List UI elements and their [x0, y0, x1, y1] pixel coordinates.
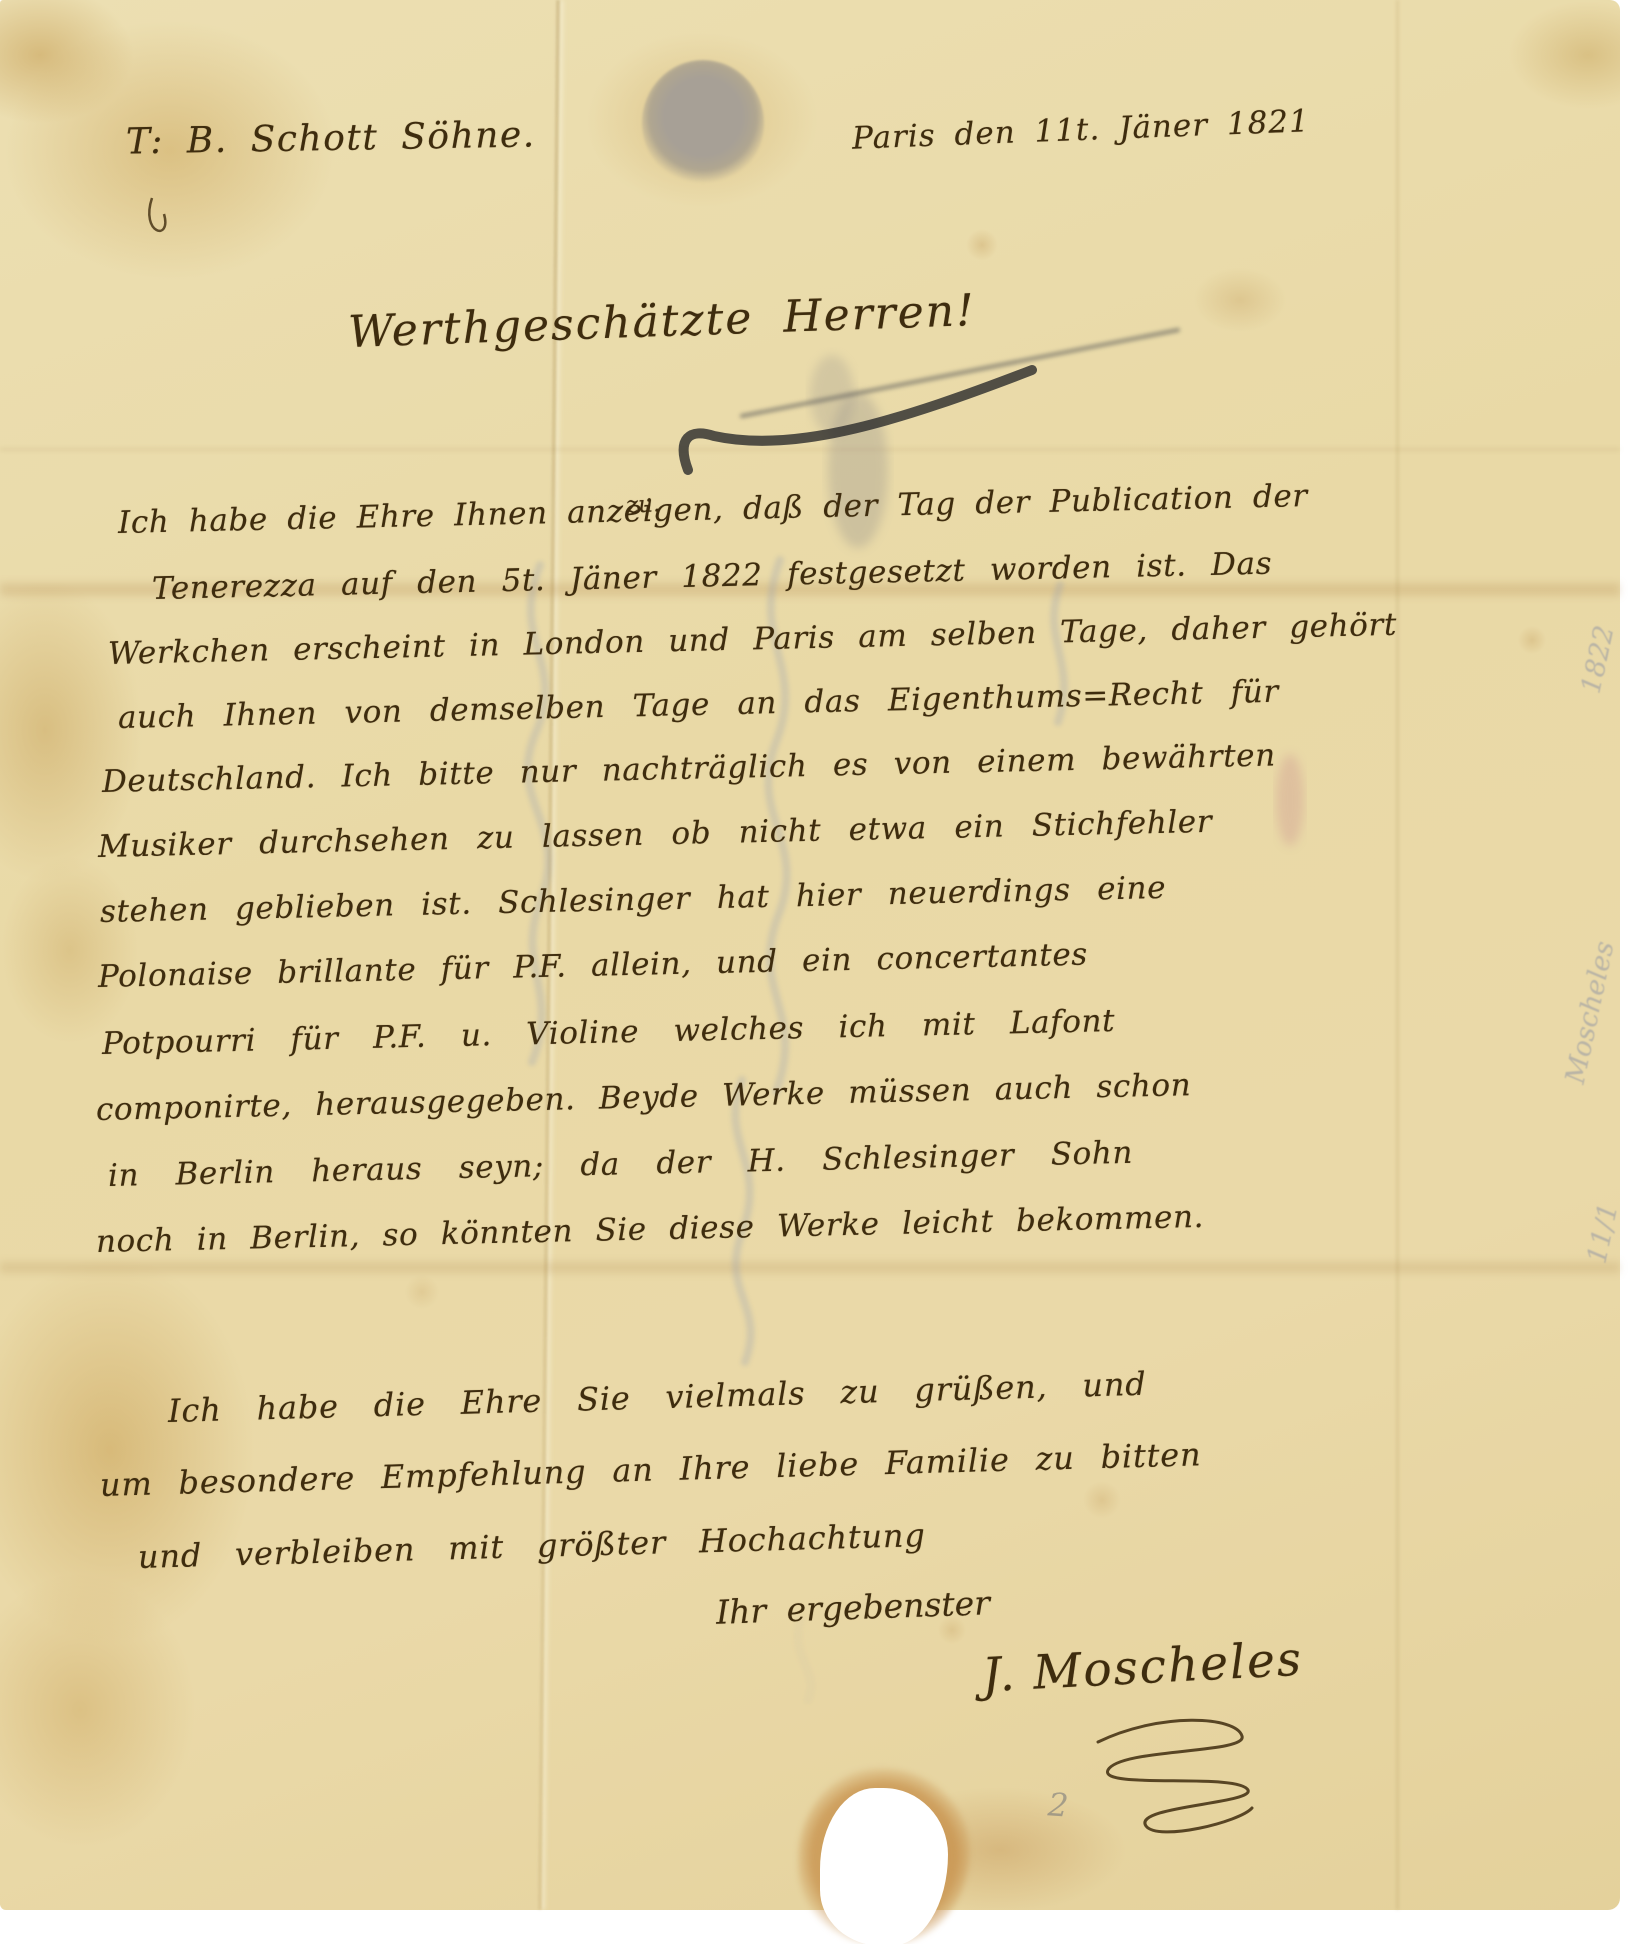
letter-scan: T: B. Schott Söhne. Paris den 11t. Jäner… [0, 0, 1642, 1944]
pencil-page-number: 2 [1047, 1785, 1070, 1824]
wax-seal-ghost [642, 60, 764, 186]
addressee-line: T: B. Schott Söhne. [126, 114, 536, 162]
horizontal-fold-crease-faint [0, 448, 1620, 451]
vertical-fold-crease-right [1396, 0, 1399, 1910]
torn-hole [820, 1788, 948, 1944]
horizontal-fold-crease-lower [0, 1262, 1620, 1273]
